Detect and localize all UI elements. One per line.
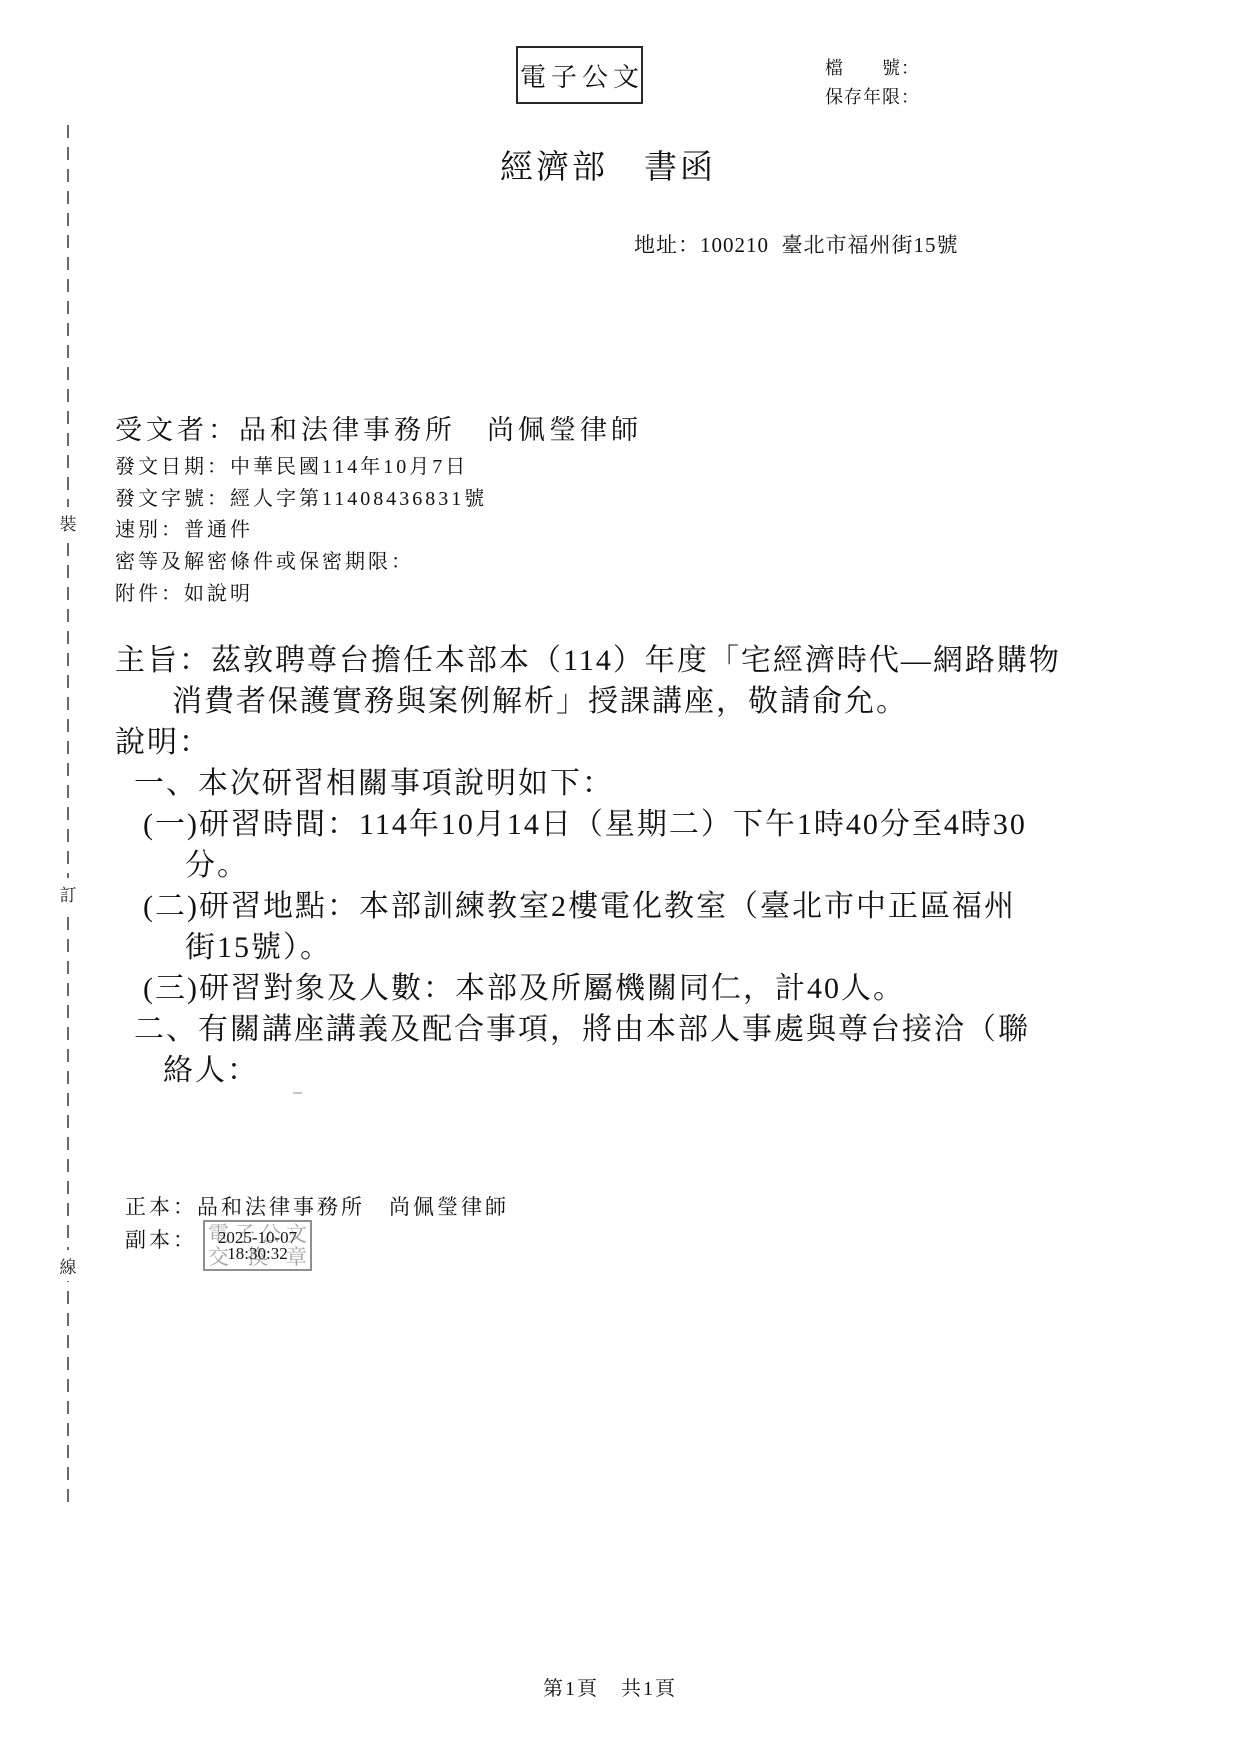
item-1-1-line-1: (一)研習時間：114年10月14日（星期二）下午1時40分至4時30	[143, 799, 1027, 843]
original-copy-line: 正本：品和法律事務所 尚佩瑩律師	[125, 1191, 509, 1221]
attachment-line: 附件：如說明	[115, 577, 253, 606]
sender-address: 地址：100210 臺北市福州街15號	[634, 229, 959, 259]
issue-date-line: 發文日期：中華民國114年10月7日	[115, 450, 468, 479]
item-1-2-line-1: (二)研習地點：本部訓練教室2樓電化教室（臺北市中正區福州	[143, 881, 1016, 925]
doc-type-label: 電子公文	[515, 57, 644, 94]
stamp-time: 18:30:32	[227, 1246, 287, 1262]
binding-mark-zhuang: 裝	[54, 507, 82, 538]
subject-line-1: 主旨：茲敦聘尊台擔任本部本（114）年度「宅經濟時代—網路購物	[115, 635, 1061, 679]
security-line: 密等及解密條件或保密期限：	[115, 545, 414, 574]
retention-label: 保存年限：	[825, 83, 920, 109]
explanation-item-1: 一、本次研習相關事項說明如下：	[134, 758, 614, 802]
recipient-line: 受文者：品和法律事務所 尚佩瑩律師	[115, 408, 642, 447]
document-title: 經濟部 書函	[500, 141, 716, 188]
item-1-3-line: (三)研習對象及人數：本部及所屬機關同仁，計40人。	[143, 963, 905, 1007]
cc-copy-label: 副本：	[125, 1224, 197, 1254]
page-number-footer: 第1頁 共1頁	[543, 1672, 677, 1701]
explanation-heading: 說明：	[115, 717, 211, 761]
official-document-page: 裝 訂 線 電子公文 檔 號： 保存年限： 經濟部 書函 地址：100210 臺…	[0, 0, 1240, 1755]
doc-type-badge: 電子公文	[516, 46, 643, 104]
speed-line: 速別：普通件	[115, 513, 253, 542]
item-1-1-line-2: 分。	[185, 840, 249, 884]
electronic-exchange-stamp: 電子公文 交換章 2025-10-07 18:30:32	[203, 1220, 312, 1271]
item-2-line-2: 絡人：	[163, 1045, 259, 1089]
redaction-mark	[293, 1092, 302, 1094]
binding-mark-xian: 線	[54, 1250, 82, 1281]
binding-dashed-line	[67, 125, 69, 1507]
file-number-label: 檔 號：	[825, 54, 920, 80]
doc-number-line: 發文字號：經人字第11408436831號	[115, 482, 487, 511]
binding-mark-ding: 訂	[54, 878, 82, 909]
item-1-2-line-2: 街15號）。	[185, 922, 332, 966]
subject-line-2: 消費者保護實務與案例解析」授課講座，敬請俞允。	[172, 676, 908, 720]
stamp-timestamp: 2025-10-07 18:30:32	[205, 1222, 310, 1269]
explanation-item-2: 二、有關講座講義及配合事項，將由本部人事處與尊台接洽（聯	[134, 1004, 1030, 1048]
